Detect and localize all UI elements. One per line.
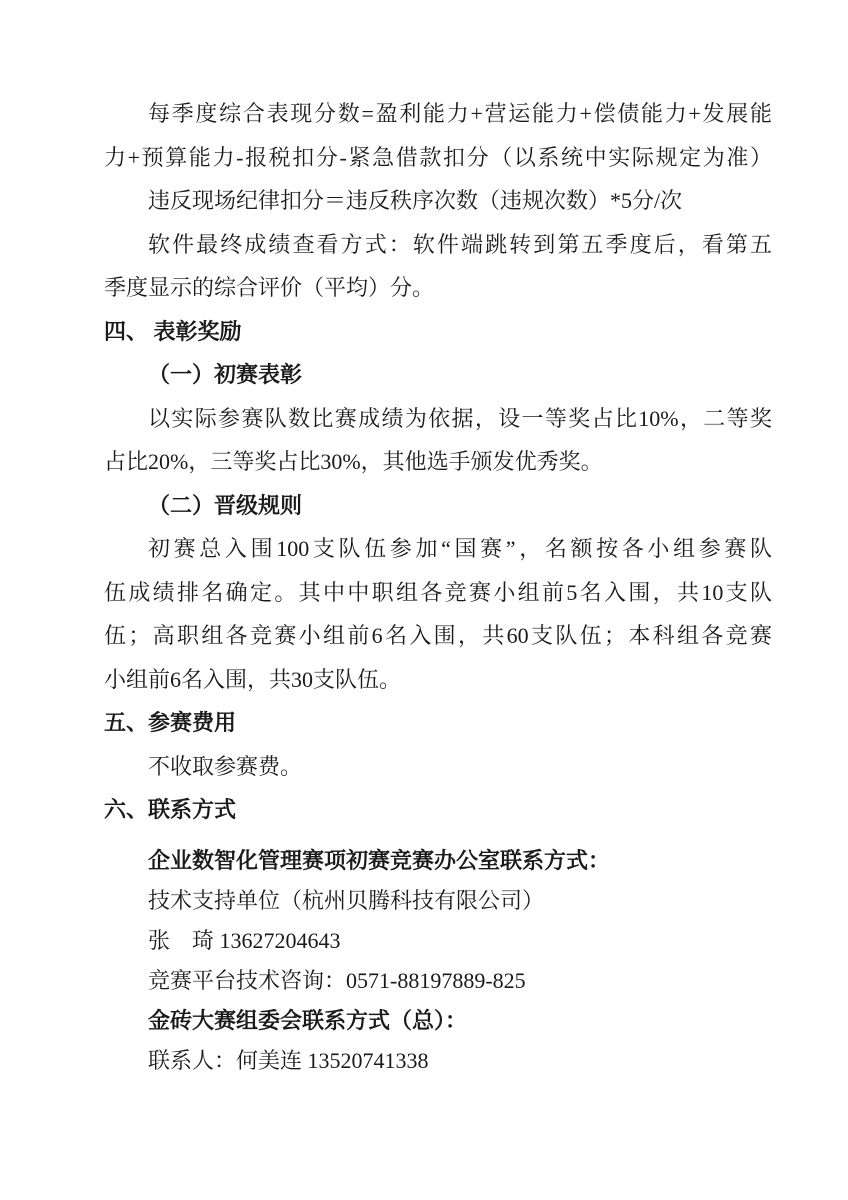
contact-platform-support: 竞赛平台技术咨询：0571-88197889-825 [104,961,772,1001]
preliminary-awards-line-1: 以实际参赛队数比赛成绩为依据，设一等奖占比10%，二等奖 [104,397,772,441]
final-score-view-line-1: 软件最终成绩查看方式：软件端跳转到第五季度后，看第五 [104,223,772,267]
contact-support-unit: 技术支持单位（杭州贝腾科技有限公司） [104,881,772,921]
preliminary-awards-line-2: 占比20%，三等奖占比30%，其他选手颁发优秀奖。 [104,440,772,484]
scoring-formula-line-2: 力+预算能力-报税扣分-紧急借款扣分（以系统中实际规定为准） [104,136,772,180]
subsection-heading-advancement-rules: （二）晋级规则 [104,484,772,528]
advancement-rules-line-4: 小组前6名入围，共30支队伍。 [104,658,772,702]
discipline-penalty-formula: 违反现场纪律扣分＝违反秩序次数（违规次数）*5分/次 [104,179,772,223]
advancement-rules-line-2: 伍成绩排名确定。其中中职组各竞赛小组前5名入围，共10支队 [104,571,772,615]
contact-block: 企业数智化管理赛项初赛竞赛办公室联系方式： 技术支持单位（杭州贝腾科技有限公司）… [104,841,772,1081]
advancement-rules-line-3: 伍；高职组各竞赛小组前6名入围，共60支队伍；本科组各竞赛 [104,614,772,658]
contact-support-person: 张 琦 13627204643 [104,921,772,961]
fees-body: 不收取参赛费。 [104,745,772,789]
contact-office-heading: 企业数智化管理赛项初赛竞赛办公室联系方式： [104,841,772,881]
document-page: 每季度综合表现分数=盈利能力+营运能力+偿债能力+发展能 力+预算能力-报税扣分… [0,0,848,1200]
section-heading-contact: 六、联系方式 [104,788,772,832]
final-score-view-line-2: 季度显示的综合评价（平均）分。 [104,266,772,310]
section-heading-fees: 五、参赛费用 [104,701,772,745]
subsection-heading-preliminary-awards: （一）初赛表彰 [104,353,772,397]
contact-committee-person: 联系人：何美连 13520741338 [104,1041,772,1081]
scoring-formula-line-1: 每季度综合表现分数=盈利能力+营运能力+偿债能力+发展能 [104,92,772,136]
advancement-rules-line-1: 初赛总入围100支队伍参加“国赛”，名额按各小组参赛队 [104,527,772,571]
section-heading-awards: 四、 表彰奖励 [104,310,772,354]
contact-committee-heading: 金砖大赛组委会联系方式（总）： [104,1001,772,1041]
